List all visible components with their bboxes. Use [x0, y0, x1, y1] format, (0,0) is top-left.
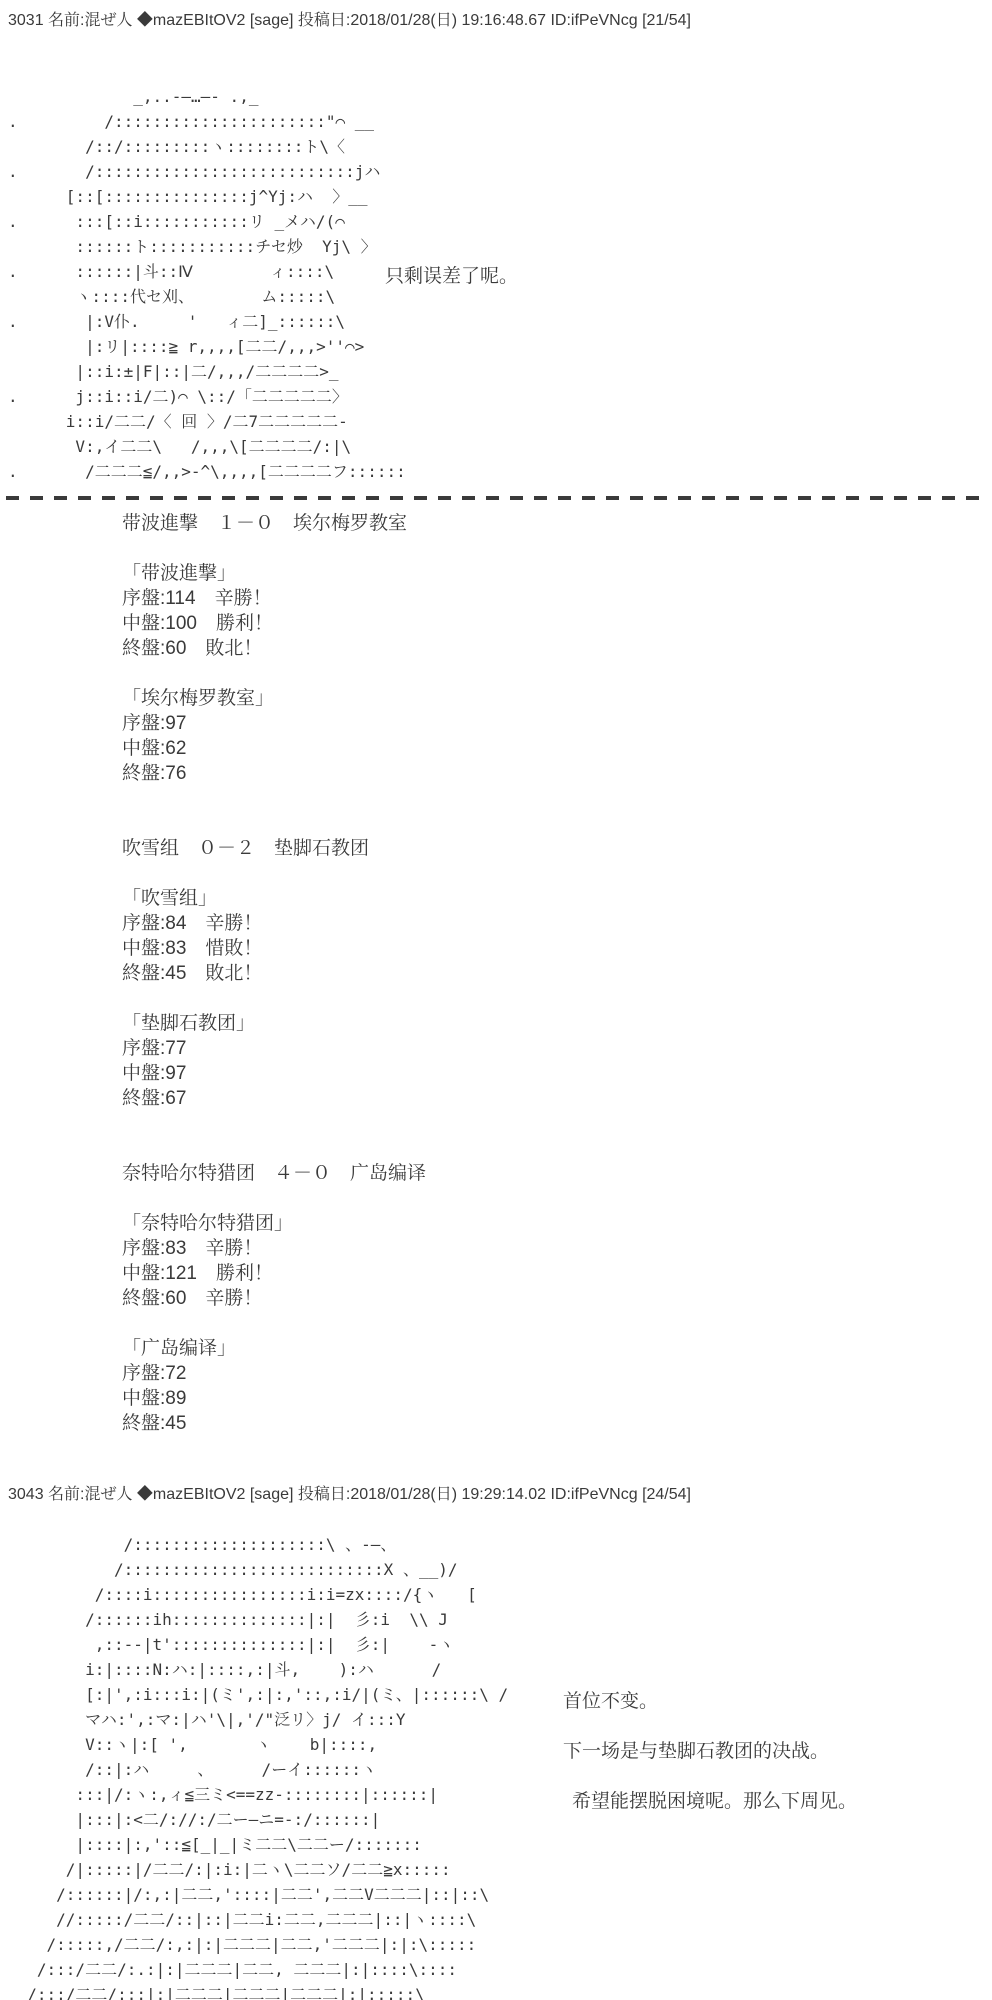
team-name: 「奈特哈尔特猎团」	[122, 1211, 426, 1236]
team-name: 「广岛编译」	[122, 1336, 426, 1361]
match-block-2: 吹雪组 ０－２ 垫脚石教团 「吹雪组」 序盤:84 辛勝！ 中盤:83 惜敗！ …	[122, 836, 426, 1161]
ascii-art-character-2: /::::::::::::::::::::\ 、-―、 /:::::::::::…	[8, 1532, 508, 2000]
post-header-3043: 3043 名前:混ぜ人 ◆mazEBItOV2 [sage] 投稿日:2018/…	[8, 1485, 691, 1505]
stat-line: 終盤:45	[122, 1411, 426, 1436]
thread-page: 3031 名前:混ぜ人 ◆mazEBItOV2 [sage] 投稿日:2018/…	[0, 0, 992, 2000]
speech-text-2a: 首位不变。	[563, 1689, 658, 1714]
dashed-separator	[6, 496, 986, 500]
stat-line: 終盤:60 辛勝！	[122, 1286, 426, 1311]
speech-text-1: 只剩误差了呢。	[385, 264, 518, 289]
post-header-3031: 3031 名前:混ぜ人 ◆mazEBItOV2 [sage] 投稿日:2018/…	[8, 11, 691, 31]
stat-line: 序盤:83 辛勝！	[122, 1236, 426, 1261]
stat-line: 終盤:60 敗北！	[122, 636, 426, 661]
stat-line: 終盤:45 敗北！	[122, 961, 426, 986]
match-results: 带波進撃 １－０ 埃尔梅罗教室 「带波進撃」 序盤:114 辛勝！ 中盤:100…	[122, 511, 426, 1436]
stat-line: 中盤:62	[122, 736, 426, 761]
stat-line: 中盤:121 勝利！	[122, 1261, 426, 1286]
stat-line: 終盤:76	[122, 761, 426, 786]
stat-line: 序盤:72	[122, 1361, 426, 1386]
match-heading: 奈特哈尔特猎团 ４－０ 广岛编译	[122, 1161, 426, 1186]
stat-line: 終盤:67	[122, 1086, 426, 1111]
speech-text-2b: 下一场是与垫脚石教团的决战。	[563, 1739, 829, 1764]
team-name: 「带波進撃」	[122, 561, 426, 586]
team-name: 「吹雪组」	[122, 886, 426, 911]
match-heading: 吹雪组 ０－２ 垫脚石教团	[122, 836, 426, 861]
stat-line: 中盤:100 勝利！	[122, 611, 426, 636]
team-name: 「垫脚石教团」	[122, 1011, 426, 1036]
stat-line: 序盤:77	[122, 1036, 426, 1061]
team-name: 「埃尔梅罗教室」	[122, 686, 426, 711]
stat-line: 中盤:97	[122, 1061, 426, 1086]
stat-line: 中盤:83 惜敗！	[122, 936, 426, 961]
match-heading: 带波進撃 １－０ 埃尔梅罗教室	[122, 511, 426, 536]
stat-line: 序盤:84 辛勝！	[122, 911, 426, 936]
match-block-1: 带波進撃 １－０ 埃尔梅罗教室 「带波進撃」 序盤:114 辛勝！ 中盤:100…	[122, 511, 426, 836]
speech-text-2c: 希望能摆脱困境呢。那么下周见。	[572, 1789, 857, 1814]
stat-line: 中盤:89	[122, 1386, 426, 1411]
stat-line: 序盤:114 辛勝！	[122, 586, 426, 611]
match-block-3: 奈特哈尔特猎团 ４－０ 广岛编译 「奈特哈尔特猎团」 序盤:83 辛勝！ 中盤:…	[122, 1161, 426, 1436]
ascii-art-character-1: _,..-―…―- .,_ . /::::::::::::::::::::::"…	[8, 84, 406, 484]
stat-line: 序盤:97	[122, 711, 426, 736]
